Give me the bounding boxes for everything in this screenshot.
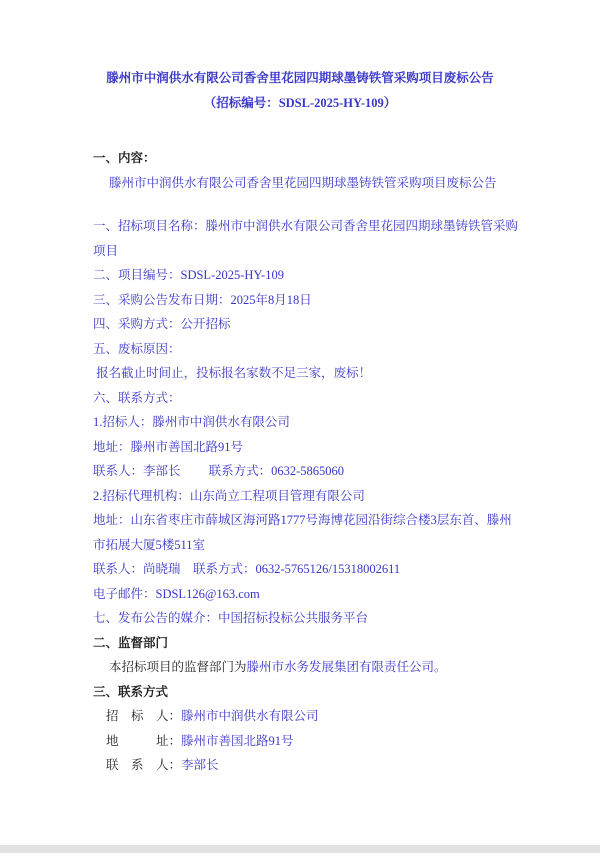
tenderer-name-line: 1.招标人：滕州市中润供水有限公司 bbox=[93, 410, 519, 435]
document-subtitle: （招标编号：SDSL-2025-HY-109） bbox=[0, 91, 600, 116]
tenderer-contact-line: 联系人：李部长 联系方式：0632-5865060 bbox=[93, 459, 519, 484]
item-contact-heading: 六、联系方式： bbox=[93, 386, 519, 411]
item-cancellation-reason-heading: 五、废标原因： bbox=[93, 337, 519, 362]
item-project-name: 一、招标项目名称：滕州市中润供水有限公司香舍里花园四期球墨铸铁管采购项目 bbox=[93, 214, 519, 263]
document-title: 滕州市中润供水有限公司香舍里花园四期球墨铸铁管采购项目废标公告 bbox=[0, 66, 600, 91]
agency-contact-line: 联系人：尚晓瑞 联系方式：0632-5765126/15318002611 bbox=[93, 557, 519, 582]
contact-label-person: 联 系 人： bbox=[106, 758, 181, 772]
section-heading-contact: 三、联系方式 bbox=[93, 680, 519, 705]
document-body: 一、内容： 滕州市中润供水有限公司香舍里花园四期球墨铸铁管采购项目废标公告 一、… bbox=[0, 146, 600, 778]
section-heading-supervision: 二、监督部门 bbox=[93, 631, 519, 656]
contact-row-address: 地 址：滕州市善国北路91号 bbox=[93, 729, 519, 754]
item-procurement-method: 四、采购方式：公开招标 bbox=[93, 312, 519, 337]
contact-label-address: 地 址： bbox=[106, 734, 181, 748]
agency-email-line: 电子邮件：SDSL126@163.com bbox=[93, 582, 519, 607]
supervision-prefix: 本招标项目的监督部门为 bbox=[109, 660, 247, 674]
contact-row-tenderer: 招 标 人：滕州市中润供水有限公司 bbox=[93, 704, 519, 729]
contact-label-tenderer: 招 标 人： bbox=[106, 709, 181, 723]
contact-value-tenderer: 滕州市中润供水有限公司 bbox=[181, 709, 319, 723]
document-page: 滕州市中润供水有限公司香舍里花园四期球墨铸铁管采购项目废标公告 （招标编号：SD… bbox=[0, 66, 600, 778]
supervision-paragraph: 本招标项目的监督部门为滕州市水务发展集团有限责任公司。 bbox=[93, 655, 519, 680]
intro-paragraph: 滕州市中润供水有限公司香舍里花园四期球墨铸铁管采购项目废标公告 bbox=[93, 171, 519, 196]
agency-address-line: 地址：山东省枣庄市薛城区海河路1777号海博花园沿街综合楼3层东首、滕州市拓展大… bbox=[93, 508, 519, 557]
item-cancellation-reason: 报名截止时间止，投标报名家数不足三家，废标！ bbox=[93, 361, 519, 386]
title-block: 滕州市中润供水有限公司香舍里花园四期球墨铸铁管采购项目废标公告 （招标编号：SD… bbox=[0, 66, 600, 116]
supervision-department: 滕州市水务发展集团有限责任公司。 bbox=[247, 660, 447, 674]
tenderer-address-line: 地址：滕州市善国北路91号 bbox=[93, 435, 519, 460]
item-project-number: 二、项目编号：SDSL-2025-HY-109 bbox=[93, 263, 519, 288]
contact-value-person: 李部长 bbox=[181, 758, 219, 772]
horizontal-scrollbar[interactable] bbox=[0, 845, 600, 853]
agency-name-line: 2.招标代理机构：山东尚立工程项目管理有限公司 bbox=[93, 484, 519, 509]
section-heading-content: 一、内容： bbox=[93, 146, 519, 171]
item-publish-media: 七、发布公告的媒介：中国招标投标公共服务平台 bbox=[93, 606, 519, 631]
contact-row-person: 联 系 人：李部长 bbox=[93, 753, 519, 778]
announcement-items: 一、招标项目名称：滕州市中润供水有限公司香舍里花园四期球墨铸铁管采购项目 二、项… bbox=[93, 214, 519, 631]
item-publish-date: 三、采购公告发布日期：2025年8月18日 bbox=[93, 288, 519, 313]
contact-value-address: 滕州市善国北路91号 bbox=[181, 734, 294, 748]
